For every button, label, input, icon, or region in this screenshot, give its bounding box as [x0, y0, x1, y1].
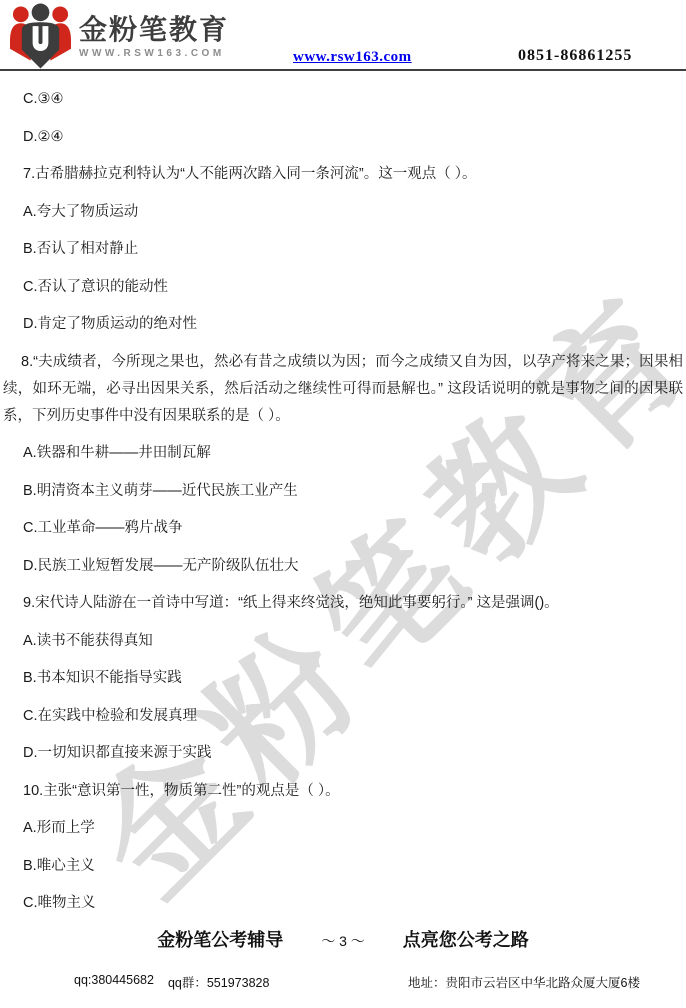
- footer-slogan-row: 金粉笔公考辅导 ～ 3 ～ 点亮您公考之路: [0, 926, 686, 952]
- question-list: C.③④D.②④7.古希腊赫拉克利特认为“人不能两次踏入同一条河流”。这一观点（…: [0, 71, 686, 917]
- q7-option-d: D.肯定了物质运动的绝对性: [23, 311, 684, 338]
- q7-option-a: A.夸大了物质运动: [23, 199, 684, 226]
- brand-block: 金粉笔教育 WWW.RSW163.COM: [79, 13, 229, 59]
- question-7: 7.古希腊赫拉克利特认为“人不能两次踏入同一条河流”。这一观点（ ）。: [23, 161, 684, 188]
- footer-contact-row: qq:380445682 qq群：551973828 地址：贵阳市云岩区中华北路…: [0, 973, 686, 991]
- q6-option-d: D.②④: [23, 124, 684, 151]
- footer-address: 地址：贵阳市云岩区中华北路众厦大厦6楼: [408, 973, 640, 991]
- qq-group-number: qq群：551973828: [168, 973, 269, 991]
- q8-option-b: B.明清资本主义萌芽——近代民族工业产生: [23, 478, 684, 505]
- q6-option-c: C.③④: [23, 86, 684, 113]
- q7-option-c: C.否认了意识的能动性: [23, 274, 684, 301]
- question-9: 9.宋代诗人陆游在一首诗中写道：“纸上得来终觉浅，绝知此事要躬行。” 这是强调(…: [23, 590, 684, 617]
- q9-option-c: C.在实践中检验和发展真理: [23, 703, 684, 730]
- footer-slogan-right: 点亮您公考之路: [403, 926, 529, 952]
- page-footer: 金粉笔公考辅导 ～ 3 ～ 点亮您公考之路 qq:380445682 qq群：5…: [0, 926, 686, 991]
- document-page: 金粉笔教育 金粉笔教育 WWW.RSW163.COM www.rsw163.co…: [0, 0, 686, 1008]
- brand-logo-icon: [9, 2, 72, 70]
- q8-option-a: A.铁器和牛耕——井田制瓦解: [23, 440, 684, 467]
- q8-option-c: C.工业革命——鸦片战争: [23, 515, 684, 542]
- q9-option-d: D.一切知识都直接来源于实践: [23, 740, 684, 767]
- question-8: 8.“夫成绩者，今所现之果也，然必有昔之成绩以为因；而今之成绩又自为因，以孕产将…: [3, 349, 683, 430]
- footer-qq-block: qq:380445682 qq群：551973828: [74, 973, 269, 991]
- q10-option-b: B.唯心主义: [23, 853, 684, 880]
- q9-option-b: B.书本知识不能指导实践: [23, 665, 684, 692]
- q8-option-d: D.民族工业短暂发展——无产阶级队伍壮大: [23, 553, 684, 580]
- brand-site-caption: WWW.RSW163.COM: [79, 48, 229, 59]
- question-10: 10.主张“意识第一性，物质第二性”的观点是（ ）。: [23, 778, 684, 805]
- brand-name: 金粉笔教育: [79, 13, 229, 47]
- q7-option-b: B.否认了相对静止: [23, 236, 684, 263]
- q10-option-a: A.形而上学: [23, 815, 684, 842]
- page-header: 金粉笔教育 WWW.RSW163.COM www.rsw163.com 0851…: [0, 0, 686, 71]
- website-link[interactable]: www.rsw163.com: [293, 49, 412, 66]
- phone-number: 0851-86861255: [518, 47, 632, 65]
- q10-option-c: C.唯物主义: [23, 890, 684, 917]
- qq-number: qq:380445682: [74, 973, 154, 991]
- footer-slogan-left: 金粉笔公考辅导: [157, 926, 283, 952]
- q9-option-a: A.读书不能获得真知: [23, 628, 684, 655]
- page-number: ～ 3 ～: [321, 931, 365, 951]
